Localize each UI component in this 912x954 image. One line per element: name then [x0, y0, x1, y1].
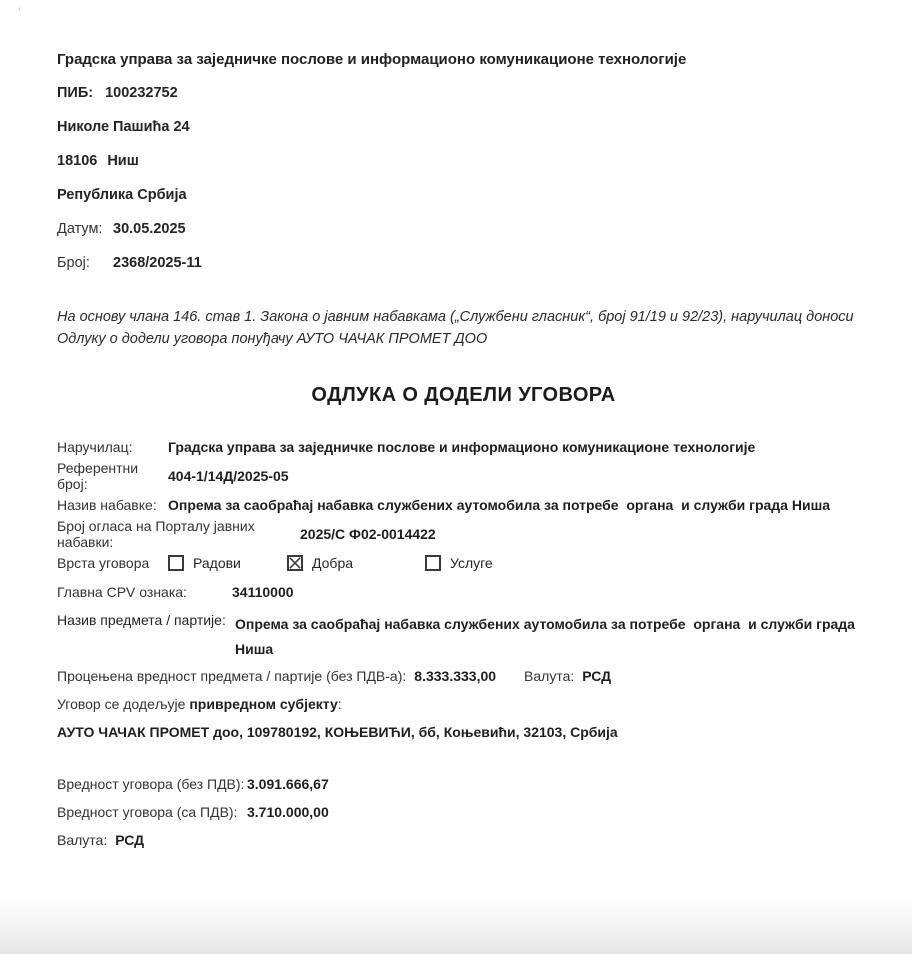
- street-line: Николе Пашића 24: [57, 110, 870, 144]
- contract-type-option-radovi-label: Радови: [193, 555, 241, 571]
- subject-name-value: Опрема за саобраћај набавка службених ау…: [235, 612, 855, 662]
- date-value: 30.05.2025: [113, 221, 186, 237]
- subject-name-row: Назив предмета / партије: Опрема за саоб…: [57, 606, 870, 662]
- contract-value-gross-label: Вредност уговора (са ПДВ):: [57, 804, 247, 820]
- contract-value-net-amount: 3.091.666,67: [247, 776, 329, 792]
- checkbox-checked-icon: [287, 555, 303, 571]
- award-intro-row: Уговор се додељује привредном субјекту :: [57, 690, 870, 718]
- award-intro-text: Уговор се додељује: [57, 696, 189, 712]
- narucilac-label: Наручилац:: [57, 439, 168, 455]
- city-line: 18106 Ниш: [57, 144, 870, 178]
- currency-label: Валута:: [57, 832, 107, 848]
- document-content: Градска управа за заједничке послове и и…: [57, 42, 870, 854]
- contract-value-gross-row: Вредност уговора (са ПДВ): 3.710.000,00: [57, 798, 870, 826]
- contract-value-gross-amount: 3.710.000,00: [247, 804, 329, 820]
- procurement-name-value: Опрема за саобраћај набавка службених ау…: [168, 497, 830, 513]
- date-label: Датум:: [57, 221, 113, 237]
- fields-section: Наручилац: Градска управа за заједничке …: [57, 432, 870, 854]
- award-intro-colon: :: [338, 696, 342, 712]
- contract-type-option-usluge: Услуге: [425, 555, 493, 571]
- postal-code: 18106: [57, 153, 97, 169]
- estimated-value-currency-label: Валута:: [524, 668, 574, 684]
- narucilac-value: Градска управа за заједничке послове и и…: [168, 439, 755, 455]
- cpv-label: Главна CPV ознака:: [57, 584, 232, 600]
- contract-type-option-radovi: Радови: [168, 555, 287, 571]
- subject-name-value-line-1: Опрема за саобраћај набавка службених ау…: [235, 612, 855, 637]
- notice-number-label: Број огласа на Порталу јавних набавки:: [57, 518, 300, 550]
- reference-number-row: Референтни број: 404-1/14Д/2025-05: [57, 461, 870, 490]
- award-intro-bold: привредном субјекту: [189, 696, 337, 712]
- checkbox-unchecked-icon: [425, 555, 441, 571]
- pib-value: 100232752: [105, 85, 178, 101]
- cpv-value: 34110000: [232, 584, 294, 600]
- preamble-line-2: Одлуку о додели уговора понуђачу АУТО ЧА…: [57, 328, 870, 350]
- number-line: Број: 2368/2025-11: [57, 246, 870, 280]
- country-line: Република Србија: [57, 178, 870, 212]
- currency-value: РСД: [115, 832, 144, 848]
- pib-line: ПИБ: 100232752: [57, 76, 870, 110]
- pib-label: ПИБ:: [57, 85, 93, 101]
- subject-name-value-line-2: Ниша: [235, 637, 855, 662]
- narucilac-row: Наручилац: Градска управа за заједничке …: [57, 432, 870, 461]
- procurement-name-label: Назив набавке:: [57, 497, 168, 513]
- contract-type-option-dobra: Добра: [287, 555, 425, 571]
- estimated-value-label: Процењена вредност предмета / партије (б…: [57, 668, 406, 684]
- city: Ниш: [107, 153, 138, 169]
- contract-type-label: Врста уговора: [57, 555, 168, 571]
- contract-type-option-usluge-label: Услуге: [450, 555, 493, 571]
- estimated-value-currency: РСД: [582, 668, 611, 684]
- contract-type-option-dobra-label: Добра: [312, 555, 353, 571]
- contract-type-row: Врста уговора Радови Добра Услуге: [57, 548, 870, 577]
- number-value: 2368/2025-11: [113, 255, 202, 271]
- number-label: Број:: [57, 255, 113, 271]
- procurement-name-row: Назив набавке: Опрема за саобраћај набав…: [57, 490, 870, 519]
- supplier-row: АУТО ЧАЧАК ПРОМЕТ доо, 109780192, КОЊЕВИ…: [57, 718, 870, 746]
- contract-value-net-label: Вредност уговора (без ПДВ):: [57, 776, 247, 792]
- currency-row: Валута: РСД: [57, 826, 870, 854]
- org-name: Градска управа за заједничке послове и и…: [57, 42, 870, 76]
- contract-value-net-row: Вредност уговора (без ПДВ): 3.091.666,67: [57, 770, 870, 798]
- preamble-line-1: На основу члана 146. став 1. Закона о ја…: [57, 306, 870, 328]
- supplier-name: АУТО ЧАЧАК ПРОМЕТ доо, 109780192, КОЊЕВИ…: [57, 724, 618, 740]
- scan-artifact: ‘: [18, 5, 21, 19]
- document-page: ‘ Градска управа за заједничке послове и…: [0, 0, 912, 954]
- estimated-value-row: Процењена вредност предмета / партије (б…: [57, 662, 870, 690]
- reference-number-value: 404-1/14Д/2025-05: [168, 468, 289, 484]
- reference-number-label: Референтни број:: [57, 460, 168, 492]
- subject-name-label: Назив предмета / партије:: [57, 612, 235, 628]
- estimated-value-amount: 8.333.333,00: [414, 668, 496, 684]
- date-line: Датум: 30.05.2025: [57, 212, 870, 246]
- document-title: ОДЛУКА О ДОДЕЛИ УГОВОРА: [57, 378, 870, 412]
- notice-number-value: 2025/С Ф02-0014422: [300, 526, 436, 542]
- notice-number-row: Број огласа на Порталу јавних набавки: 2…: [57, 519, 870, 548]
- cpv-row: Главна CPV ознака: 34110000: [57, 577, 870, 606]
- legal-preamble: На основу члана 146. став 1. Закона о ја…: [57, 306, 870, 350]
- checkbox-unchecked-icon: [168, 555, 184, 571]
